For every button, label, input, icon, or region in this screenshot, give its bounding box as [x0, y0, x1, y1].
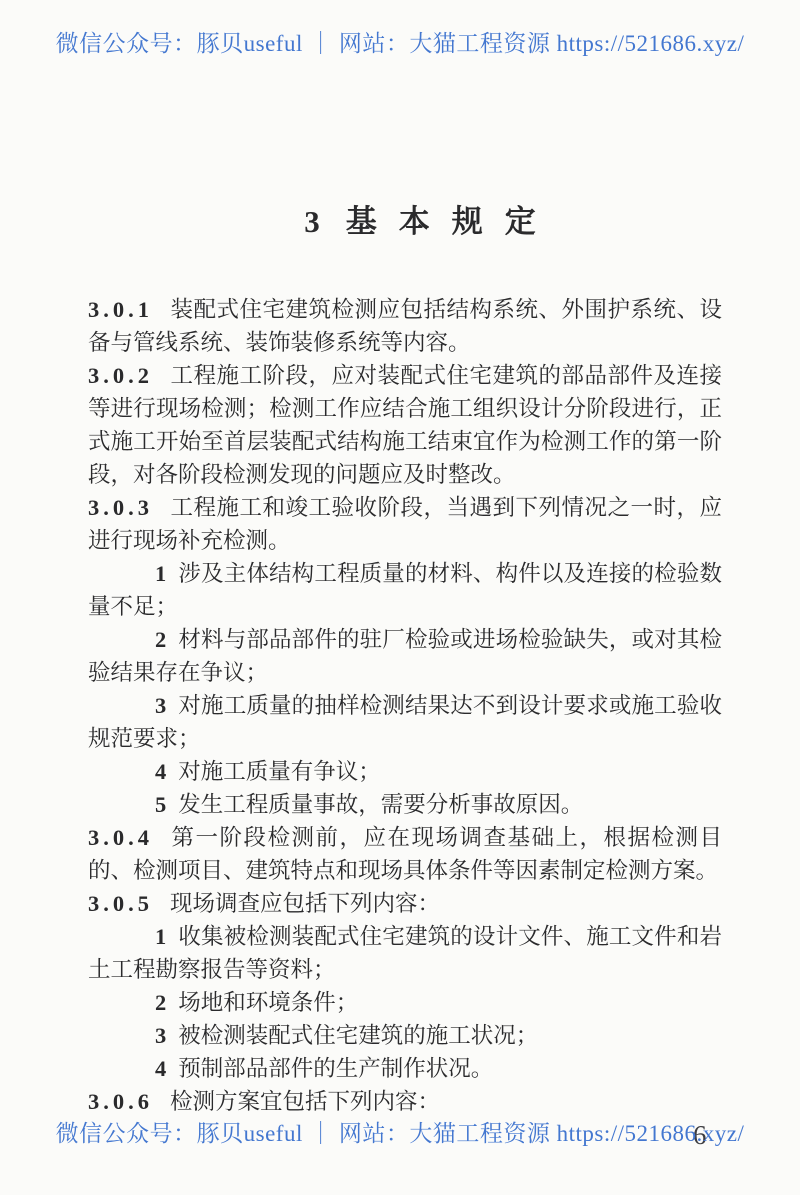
paragraph-text: 预制部品部件的生产制作状况。: [178, 1056, 493, 1081]
paragraph-text: 收集被检测装配式住宅建筑的设计文件、施工文件和岩土工程勘察报告等资料；: [88, 924, 722, 982]
paragraph-text: 装配式住宅建筑检测应包括结构系统、外围护系统、设备与管线系统、装饰装修系统等内容…: [88, 297, 722, 355]
paragraph-number: 3: [155, 693, 166, 718]
paragraph-number: 1: [155, 924, 166, 949]
list-item-paragraph: 5发生工程质量事故，需要分析事故原因。: [88, 788, 722, 821]
paragraph-text: 对施工质量有争议；: [178, 759, 381, 784]
clause-paragraph: 3.0.2工程施工阶段，应对装配式住宅建筑的部品部件及连接等进行现场检测；检测工…: [88, 359, 722, 491]
paragraph-text: 现场调查应包括下列内容：: [170, 891, 440, 916]
list-item-paragraph: 3对施工质量的抽样检测结果达不到设计要求或施工验收规范要求；: [88, 689, 722, 755]
chapter-title: 3基本规定: [20, 200, 800, 244]
paragraph-text: 对施工质量的抽样检测结果达不到设计要求或施工验收规范要求；: [88, 693, 722, 751]
document-body: 3.0.1装配式住宅建筑检测应包括结构系统、外围护系统、设备与管线系统、装饰装修…: [88, 293, 722, 1118]
clause-paragraph: 3.0.1装配式住宅建筑检测应包括结构系统、外围护系统、设备与管线系统、装饰装修…: [88, 293, 722, 359]
list-item-paragraph: 3被检测装配式住宅建筑的施工状况；: [88, 1019, 722, 1052]
paragraph-number: 2: [155, 627, 166, 652]
paragraph-number: 4: [155, 759, 166, 784]
list-item-paragraph: 4对施工质量有争议；: [88, 755, 722, 788]
scanned-document-page: 微信公众号：豚贝useful ｜ 网站：大猫工程资源 https://52168…: [0, 0, 800, 1195]
paragraph-number: 5: [155, 792, 166, 817]
paragraph-number: 2: [155, 990, 166, 1015]
watermark-top: 微信公众号：豚贝useful ｜ 网站：大猫工程资源 https://52168…: [0, 28, 800, 60]
paragraph-text: 发生工程质量事故，需要分析事故原因。: [178, 792, 583, 817]
list-item-paragraph: 4预制部品部件的生产制作状况。: [88, 1052, 722, 1085]
clause-paragraph: 3.0.5现场调查应包括下列内容：: [88, 887, 722, 920]
paragraph-text: 场地和环境条件；: [178, 990, 358, 1015]
paragraph-text: 第一阶段检测前，应在现场调查基础上，根据检测目的、检测项目、建筑特点和现场具体条…: [88, 825, 722, 883]
paragraph-number: 3.0.2: [88, 363, 153, 388]
paragraph-text: 被检测装配式住宅建筑的施工状况；: [178, 1023, 538, 1048]
paragraph-text: 工程施工阶段，应对装配式住宅建筑的部品部件及连接等进行现场检测；检测工作应结合施…: [88, 363, 722, 487]
paragraph-text: 涉及主体结构工程质量的材料、构件以及连接的检验数量不足；: [88, 561, 722, 619]
paragraph-text: 检测方案宜包括下列内容：: [170, 1089, 440, 1114]
paragraph-number: 3.0.5: [88, 891, 153, 916]
clause-paragraph: 3.0.3工程施工和竣工验收阶段，当遇到下列情况之一时，应进行现场补充检测。: [88, 491, 722, 557]
list-item-paragraph: 2材料与部品部件的驻厂检验或进场检验缺失，或对其检验结果存在争议；: [88, 623, 722, 689]
paragraph-number: 4: [155, 1056, 166, 1081]
list-item-paragraph: 1涉及主体结构工程质量的材料、构件以及连接的检验数量不足；: [88, 557, 722, 623]
paragraph-number: 1: [155, 561, 166, 586]
paragraph-text: 材料与部品部件的驻厂检验或进场检验缺失，或对其检验结果存在争议；: [88, 627, 722, 685]
paragraph-number: 3.0.3: [88, 495, 153, 520]
list-item-paragraph: 2场地和环境条件；: [88, 986, 722, 1019]
chapter-number: 3: [304, 204, 320, 239]
list-item-paragraph: 1收集被检测装配式住宅建筑的设计文件、施工文件和岩土工程勘察报告等资料；: [88, 920, 722, 986]
paragraph-number: 3.0.1: [88, 297, 153, 322]
chapter-name: 基本规定: [346, 204, 558, 239]
paragraph-number: 3.0.4: [88, 825, 153, 850]
clause-paragraph: 3.0.4第一阶段检测前，应在现场调查基础上，根据检测目的、检测项目、建筑特点和…: [88, 821, 722, 887]
paragraph-number: 3.0.6: [88, 1089, 153, 1114]
paragraph-text: 工程施工和竣工验收阶段，当遇到下列情况之一时，应进行现场补充检测。: [88, 495, 722, 553]
paragraph-number: 3: [155, 1023, 166, 1048]
clause-paragraph: 3.0.6检测方案宜包括下列内容：: [88, 1085, 722, 1118]
watermark-bottom: 微信公众号：豚贝useful ｜ 网站：大猫工程资源 https://52168…: [0, 1118, 800, 1150]
